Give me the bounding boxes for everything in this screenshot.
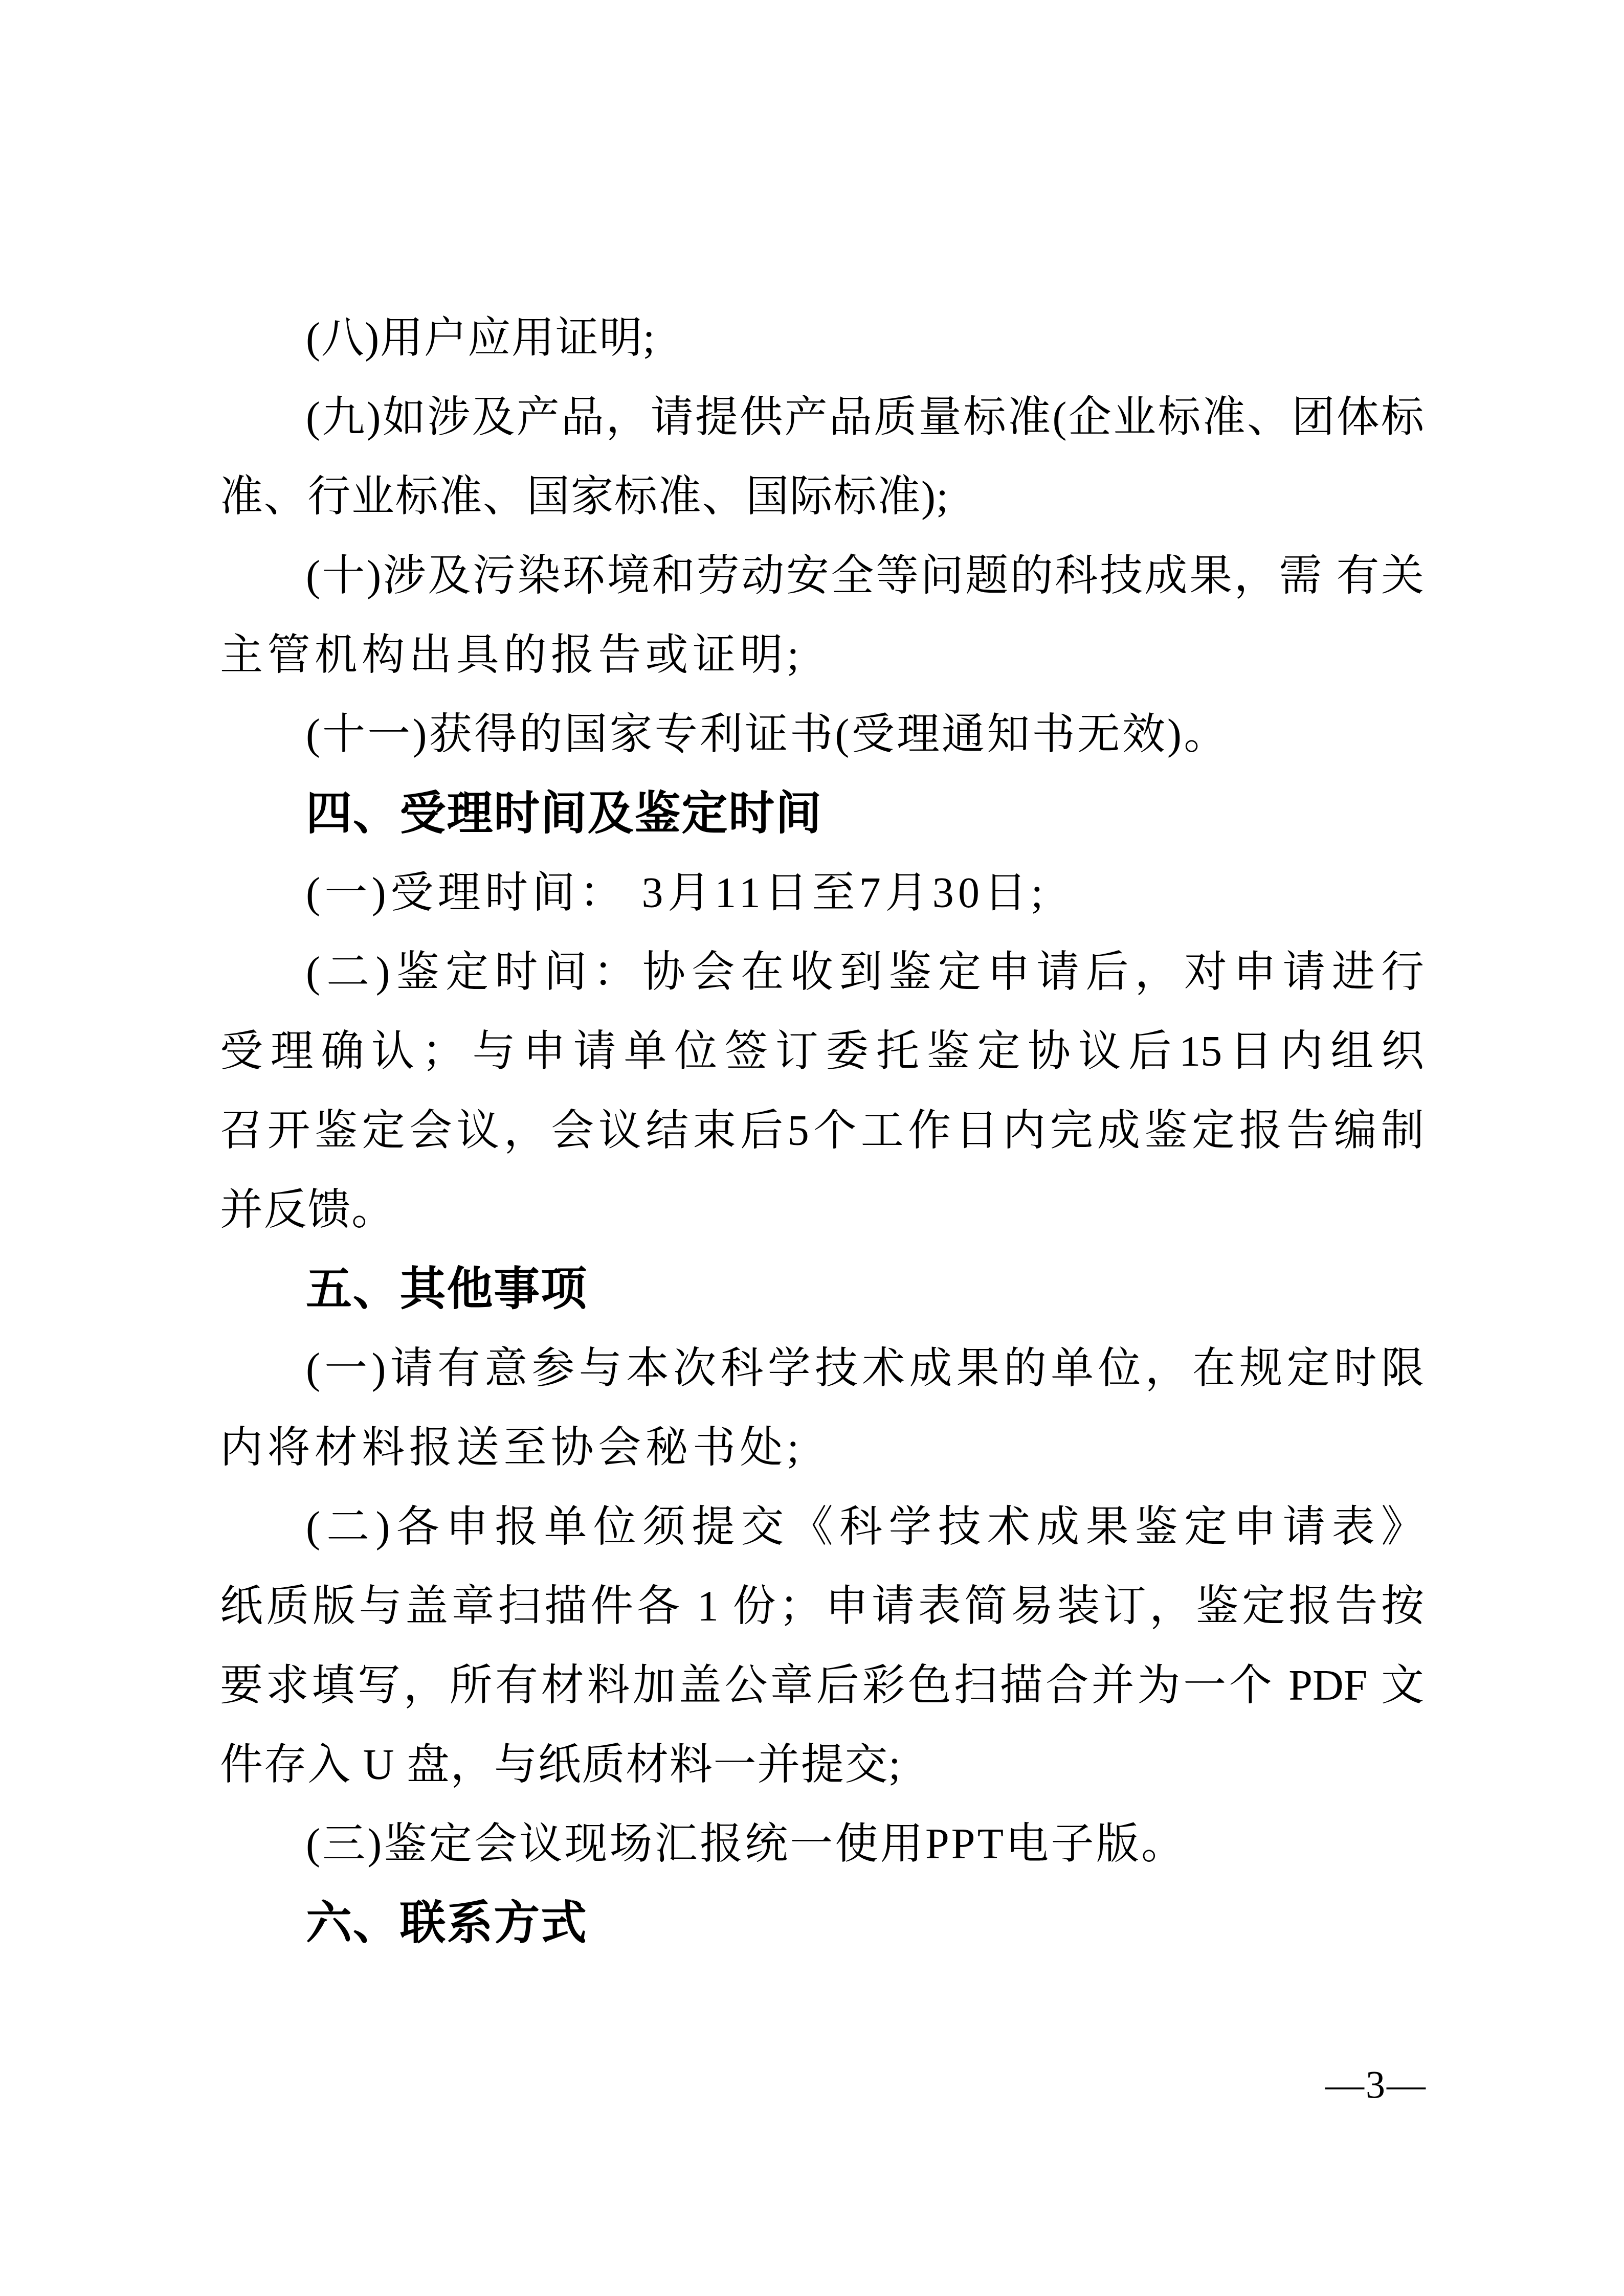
clause-4-2-line-1: (二)鉴定时间：协会在收到鉴定申请后，对申请进行 <box>220 933 1424 1012</box>
clause-8-user-proof: (八)用户应用证明; <box>220 299 1424 378</box>
clause-4-2-line-3: 召开鉴定会议，会议结束后5个工作日内完成鉴定报告编制 <box>220 1091 1424 1170</box>
clause-9-line-1: (九)如涉及产品，请提供产品质量标准(企业标准、团体标 <box>220 378 1424 457</box>
clause-10-line-1: (十)涉及污染环境和劳动安全等问题的科技成果，需 有关 <box>220 536 1424 616</box>
clause-5-1-line-2: 内将材料报送至协会秘书处; <box>220 1408 1424 1488</box>
document-page: (八)用户应用证明; (九)如涉及产品，请提供产品质量标准(企业标准、团体标 准… <box>0 0 1624 2296</box>
clause-5-3-ppt: (三)鉴定会议现场汇报统一使用PPT电子版。 <box>220 1805 1424 1884</box>
clause-5-1-line-1: (一)请有意参与本次科学技术成果的单位，在规定时限 <box>220 1329 1424 1408</box>
clause-5-2-line-4: 件存入 U 盘，与纸质材料一并提交; <box>220 1725 1424 1805</box>
clause-4-1-accept-time: (一)受理时间： 3月11日至7月30日; <box>220 853 1424 933</box>
clause-4-2-line-4: 并反馈。 <box>220 1170 1424 1250</box>
section-6-heading: 六、联系方式 <box>220 1884 1424 1963</box>
clause-5-2-line-3: 要求填写，所有材料加盖公章后彩色扫描合并为一个 PDF 文 <box>220 1646 1424 1725</box>
clause-10-line-2: 主管机构出具的报告或证明; <box>220 616 1424 695</box>
text-column: (八)用户应用证明; (九)如涉及产品，请提供产品质量标准(企业标准、团体标 准… <box>220 299 1424 1963</box>
clause-5-2-line-2: 纸质版与盖章扫描件各 1 份；申请表简易装订，鉴定报告按 <box>220 1567 1424 1646</box>
page-number: —3— <box>220 2046 1427 2123</box>
clause-5-2-line-1: (二)各申报单位须提交《科学技术成果鉴定申请表》 <box>220 1488 1424 1567</box>
clause-9-line-2: 准、行业标准、国家标准、国际标准); <box>220 457 1424 536</box>
clause-4-2-line-2: 受理确认；与申请单位签订委托鉴定协议后15日内组织 <box>220 1012 1424 1091</box>
section-5-heading: 五、其他事项 <box>220 1250 1424 1329</box>
section-4-heading: 四、受理时间及鉴定时间 <box>220 774 1424 853</box>
clause-11-patent: (十一)获得的国家专利证书(受理通知书无效)。 <box>220 695 1424 774</box>
